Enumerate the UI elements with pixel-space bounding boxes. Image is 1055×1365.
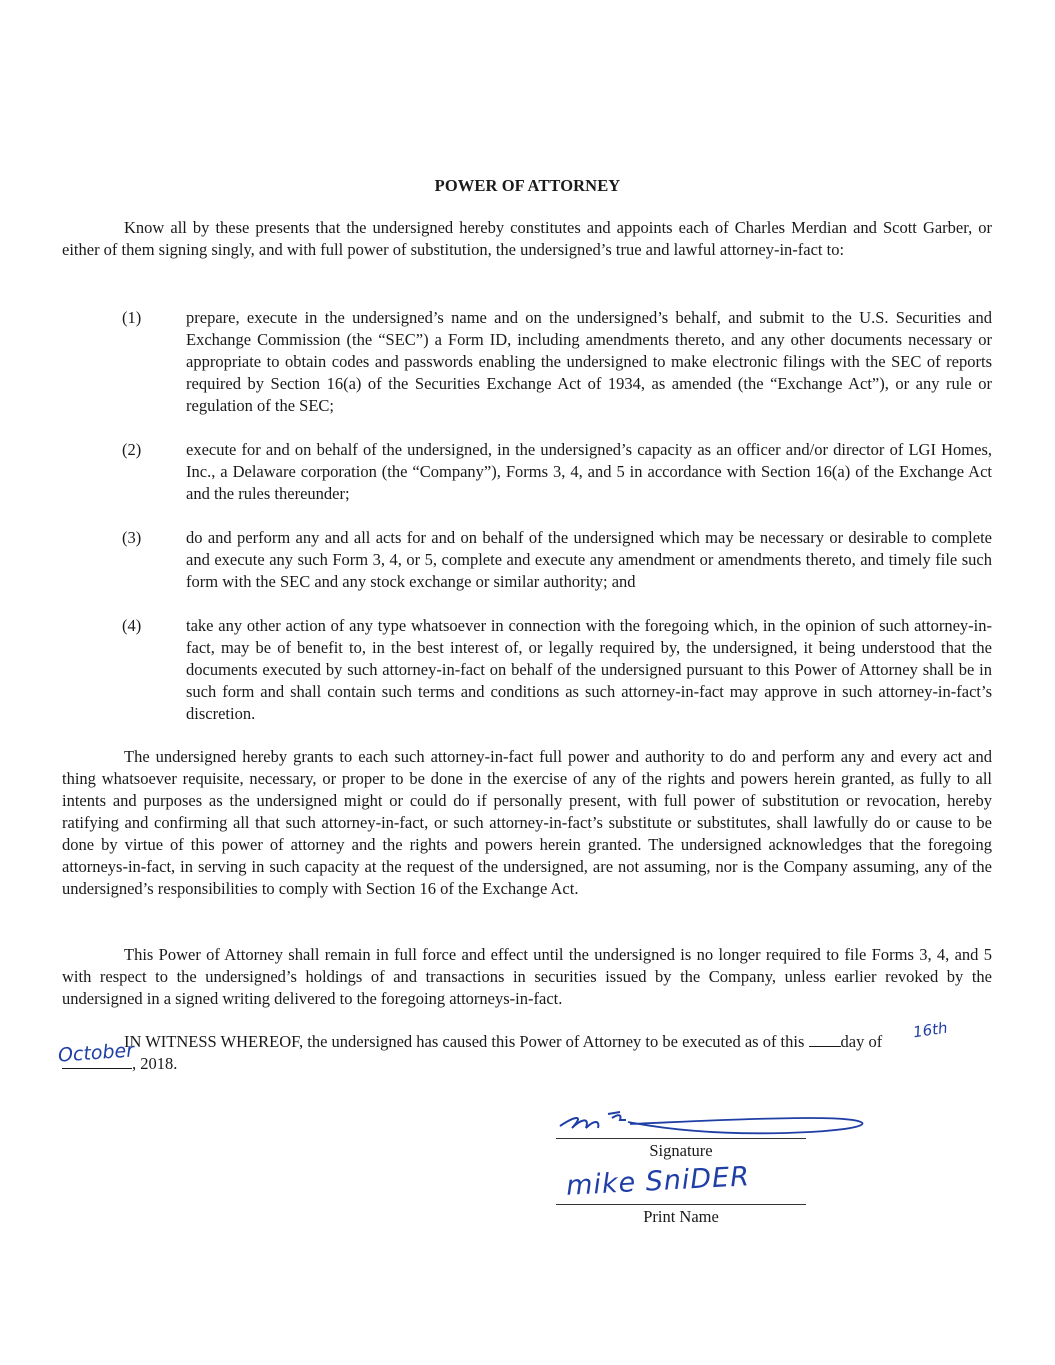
witness-day-of: day of bbox=[841, 1032, 883, 1051]
item-text: take any other action of any type whatso… bbox=[186, 615, 992, 725]
witness-text: IN WITNESS WHEREOF, the undersigned has … bbox=[124, 1032, 804, 1051]
witness-year: , 2018. bbox=[132, 1054, 177, 1073]
print-name-line bbox=[556, 1204, 806, 1205]
month-blank bbox=[62, 1068, 132, 1069]
signature-label: Signature bbox=[556, 1141, 806, 1161]
document-title: POWER OF ATTORNEY bbox=[0, 176, 1055, 196]
item-number: (1) bbox=[122, 307, 162, 329]
handwritten-day: 16th bbox=[912, 1019, 949, 1042]
item-number: (3) bbox=[122, 527, 162, 549]
print-name-label: Print Name bbox=[556, 1207, 806, 1227]
item-text: execute for and on behalf of the undersi… bbox=[186, 439, 992, 505]
intro-paragraph: Know all by these presents that the unde… bbox=[62, 217, 992, 261]
grant-paragraph: The undersigned hereby grants to each su… bbox=[62, 746, 992, 900]
item-text: prepare, execute in the undersigned’s na… bbox=[186, 307, 992, 417]
duration-paragraph: This Power of Attorney shall remain in f… bbox=[62, 944, 992, 1010]
document-page: POWER OF ATTORNEY Know all by these pres… bbox=[0, 0, 1055, 1365]
item-text: do and perform any and all acts for and … bbox=[186, 527, 992, 593]
signature-scribble-icon bbox=[550, 1108, 880, 1140]
item-number: (2) bbox=[122, 439, 162, 461]
handwritten-print-name: mike SniDER bbox=[565, 1161, 750, 1202]
day-blank bbox=[809, 1046, 841, 1047]
item-number: (4) bbox=[122, 615, 162, 637]
signature-line bbox=[556, 1138, 806, 1139]
